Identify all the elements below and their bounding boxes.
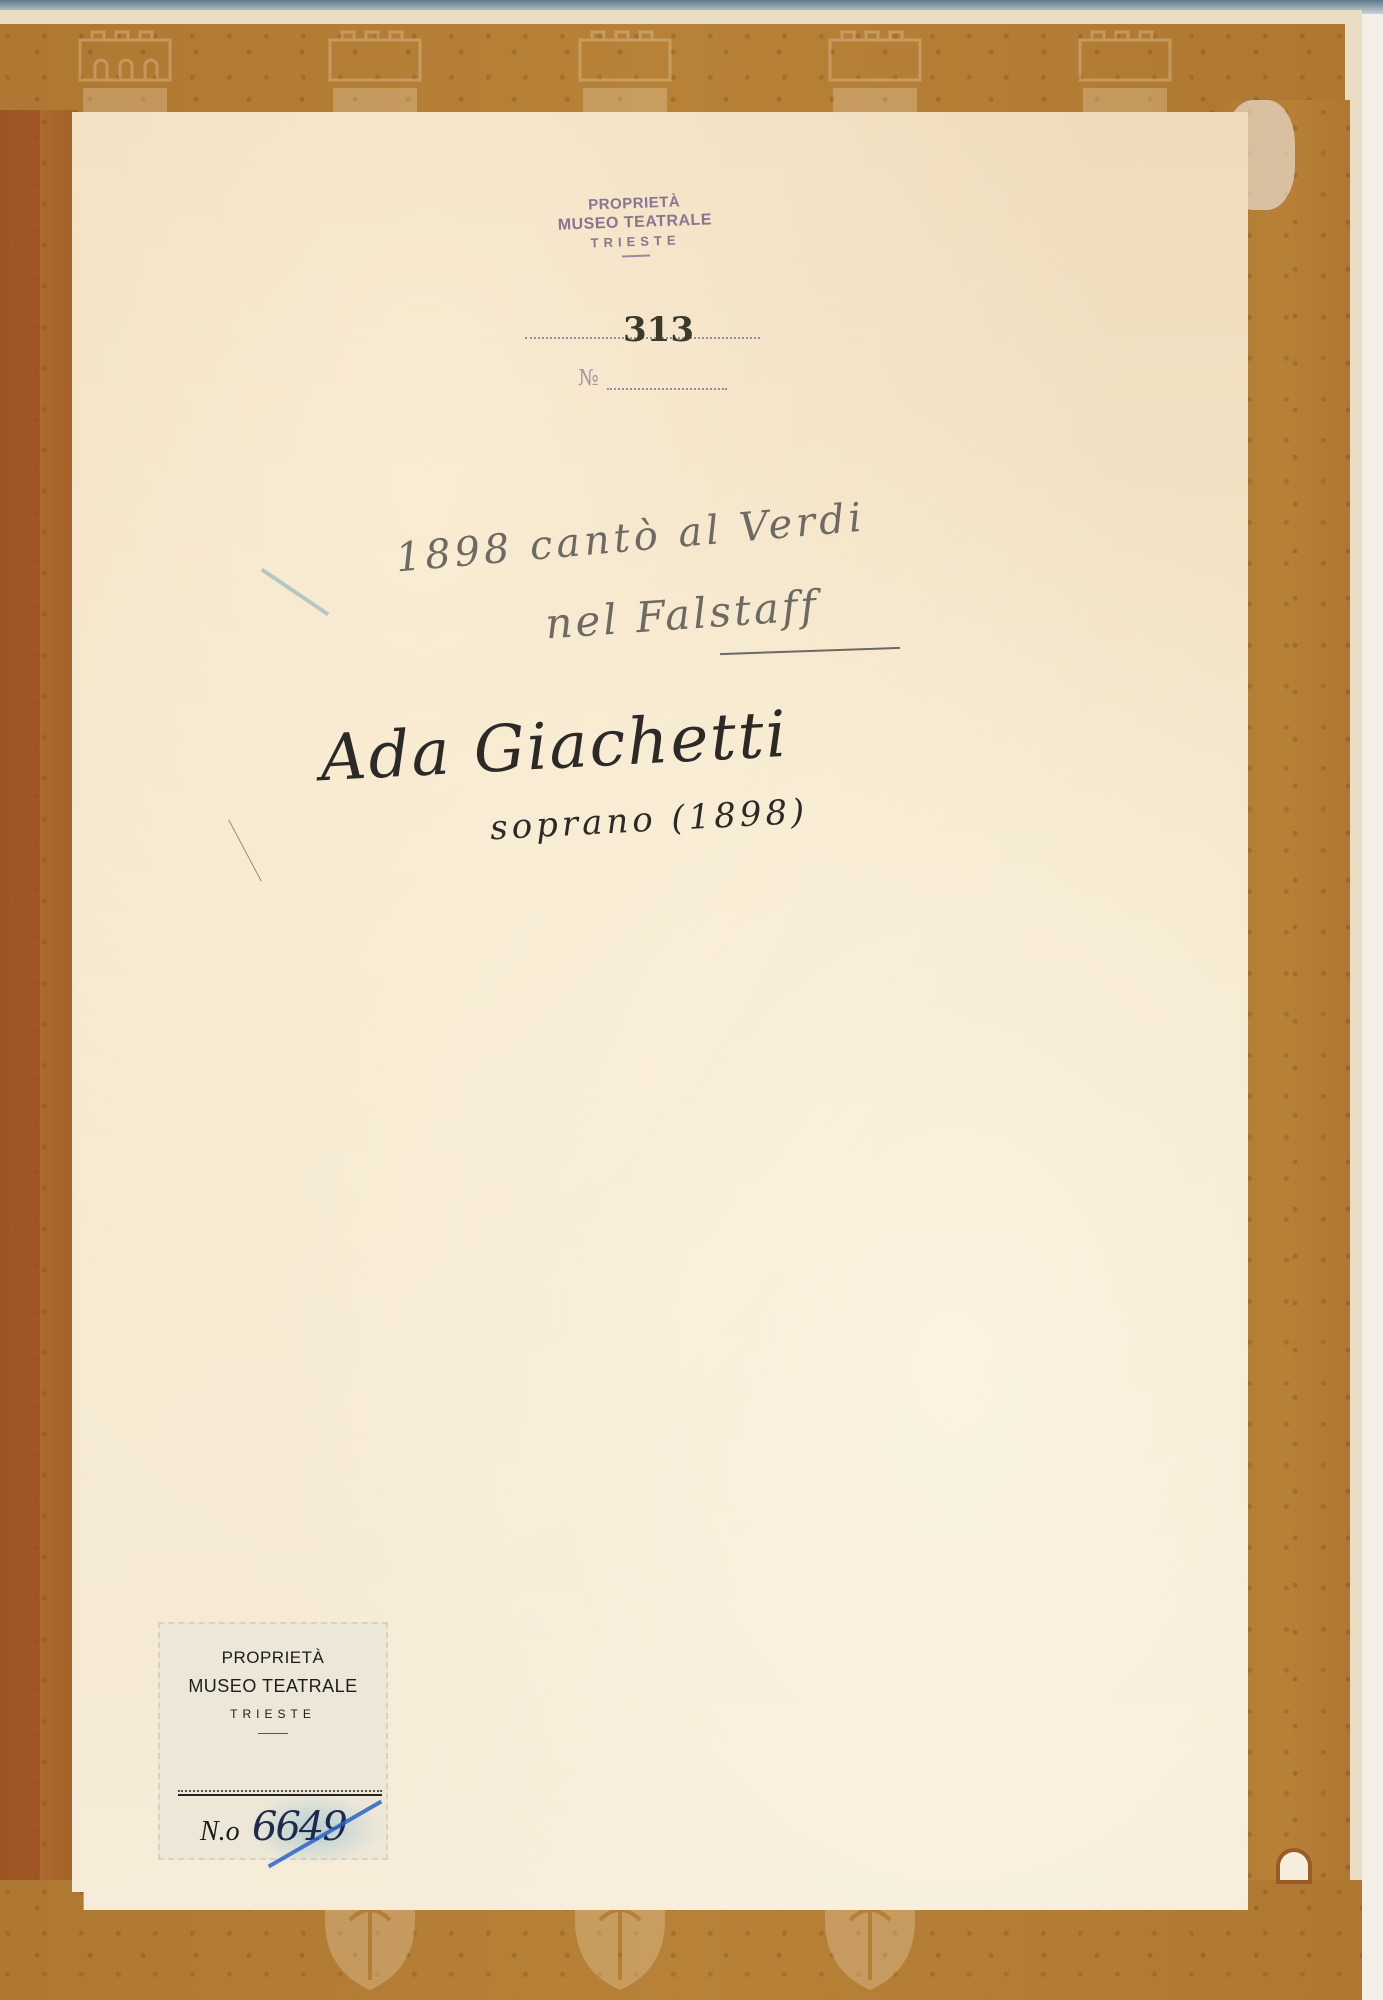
label-number-line	[178, 1794, 382, 1796]
inventory-number: 313	[623, 310, 694, 350]
label-line-1: PROPRIETÀ	[160, 1648, 386, 1668]
torn-hole	[1280, 1852, 1308, 1880]
museum-stamp: PROPRIETÀ MUSEO TEATRALE TRIESTE	[519, 191, 751, 261]
label-line-3: TRIESTE	[160, 1707, 386, 1721]
tape-stain-left	[0, 110, 40, 2000]
museum-label: PROPRIETÀ MUSEO TEATRALE TRIESTE N.o 664…	[158, 1622, 388, 1860]
label-number-prefix: N.o	[200, 1816, 240, 1848]
label-line-2: MUSEO TEATRALE	[160, 1676, 386, 1697]
numero-symbol: №	[578, 366, 599, 391]
numero-dotted-line	[607, 388, 727, 390]
label-rule	[258, 1733, 288, 1734]
